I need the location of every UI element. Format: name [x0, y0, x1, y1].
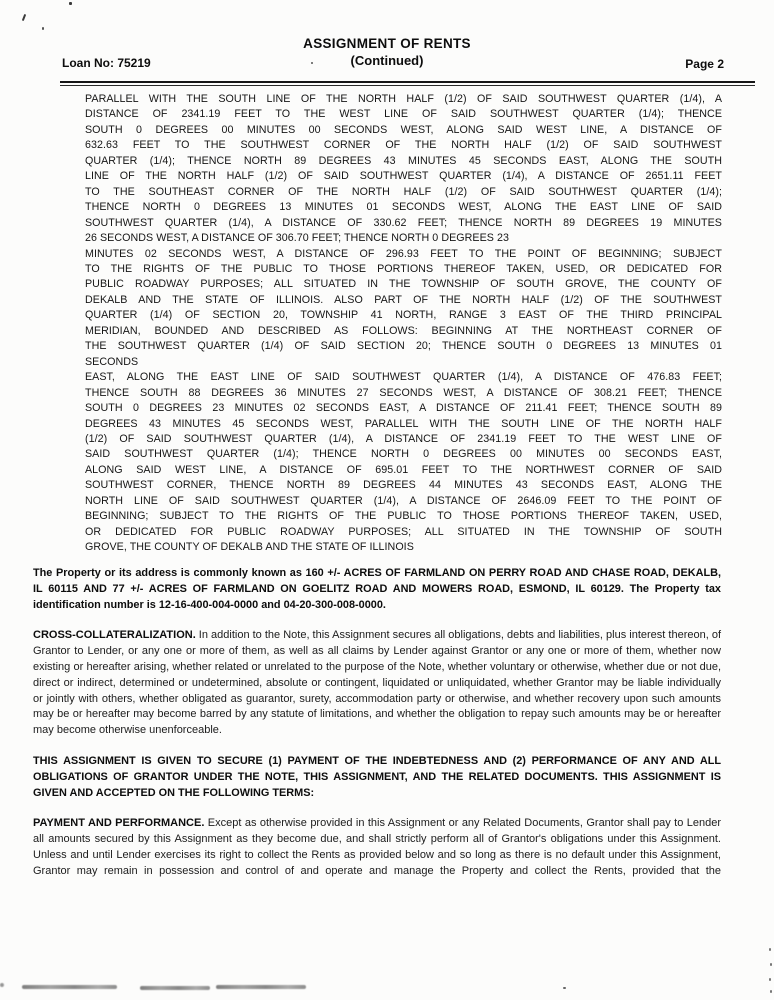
legal-line: TO THE SOUTHEAST CORNER OF THE NORTH HAL…	[85, 185, 722, 200]
legal-line: SOUTHWEST CORNER, THENCE NORTH 89 DEGREE…	[85, 478, 722, 493]
scan-artifact	[0, 983, 4, 987]
legal-line: PUBLIC ROADWAY PURPOSES; ALL SITUATED IN…	[85, 277, 722, 292]
paragraph-lead-bold: The Property or its address is commonly …	[33, 567, 721, 611]
scan-artifact	[770, 990, 772, 993]
legal-line: BEGINNING; SUBJECT TO THE RIGHTS OF THE …	[85, 509, 722, 524]
legal-line: DEKALB AND THE STATE OF ILLINOIS. ALSO P…	[85, 293, 722, 308]
scan-artifact	[140, 986, 210, 990]
body-text: The Property or its address is commonly …	[33, 566, 721, 880]
paragraph-text: In addition to the Note, this Assignment…	[33, 629, 721, 736]
assignment-given-to-secure-paragraph: THIS ASSIGNMENT IS GIVEN TO SECURE (1) P…	[33, 754, 721, 801]
legal-line: SOUTH 0 DEGREES 23 MINUTES 02 SECONDS EA…	[85, 401, 722, 416]
document-title: ASSIGNMENT OF RENTS	[0, 36, 774, 51]
legal-line: SOUTHWEST QUARTER (1/4), A DISTANCE OF 3…	[85, 216, 722, 231]
legal-line: THENCE NORTH 0 DEGREES 13 MINUTES 01 SEC…	[85, 200, 722, 215]
paragraph-lead-bold: PAYMENT AND PERFORMANCE.	[33, 817, 204, 829]
scan-artifact	[216, 985, 306, 989]
scan-artifact	[770, 963, 772, 966]
paragraph-lead-bold: THIS ASSIGNMENT IS GIVEN TO SECURE (1) P…	[33, 755, 721, 799]
legal-line: OR DEDICATED FOR PUBLIC ROADWAY PURPOSES…	[85, 525, 722, 540]
scan-speck	[69, 2, 72, 5]
legal-line: SOUTH 0 DEGREES 00 MINUTES 00 SECONDS WE…	[85, 123, 722, 138]
scan-artifact	[769, 948, 771, 951]
legal-line: SECONDS	[85, 355, 722, 370]
legal-line: MINUTES 02 SECONDS WEST, A DISTANCE OF 2…	[85, 247, 722, 262]
legal-line: THE SOUTHWEST QUARTER (1/4) OF SAID SECT…	[85, 339, 722, 354]
legal-line: MERIDIAN, BOUNDED AND DESCRIBED AS FOLLO…	[85, 324, 722, 339]
legal-line: QUARTER (1/4) OF SECTION 20, TOWNSHIP 41…	[85, 308, 722, 323]
legal-line: (1/2) OF SAID SOUTHWEST QUARTER (1/4), A…	[85, 432, 722, 447]
header-divider	[60, 81, 755, 86]
legal-line: NORTH LINE OF SAID SOUTHWEST QUARTER (1/…	[85, 494, 722, 509]
legal-line: EAST, ALONG THE EAST LINE OF SAID SOUTHW…	[85, 370, 722, 385]
legal-line: 26 SECONDS WEST, A DISTANCE OF 306.70 FE…	[85, 231, 722, 246]
paragraph-lead-bold: CROSS-COLLATERALIZATION.	[33, 629, 196, 641]
scan-artifact	[563, 987, 566, 989]
legal-line: DEGREES 43 MINUTES 45 SECONDS WEST, PARA…	[85, 417, 722, 432]
legal-description: PARALLEL WITH THE SOUTH LINE OF THE NORT…	[85, 92, 722, 556]
scan-artifact	[769, 978, 771, 981]
legal-line: THENCE SOUTH 88 DEGREES 36 MINUTES 27 SE…	[85, 386, 722, 401]
scan-speck	[42, 27, 44, 30]
legal-line: TO THE RIGHTS OF THE PUBLIC TO THOSE POR…	[85, 262, 722, 277]
document-subtitle: (Continued)	[0, 53, 774, 68]
property-address-paragraph: The Property or its address is commonly …	[33, 566, 721, 613]
legal-line: ALONG SAID WEST LINE, A DISTANCE OF 695.…	[85, 463, 722, 478]
legal-line: QUARTER (1/4); THENCE NORTH 89 DEGREES 4…	[85, 154, 722, 169]
scan-artifact	[22, 985, 117, 989]
legal-line: SAID SOUTHWEST QUARTER (1/4); THENCE NOR…	[85, 447, 722, 462]
legal-line: GROVE, THE COUNTY OF DEKALB AND THE STAT…	[85, 540, 722, 555]
payment-and-performance-paragraph: PAYMENT AND PERFORMANCE. Except as other…	[33, 816, 721, 879]
legal-line: DISTANCE OF 2341.19 FEET TO THE WEST LIN…	[85, 107, 722, 122]
scan-speck	[22, 14, 26, 21]
document-page: Loan No: 75219 ASSIGNMENT OF RENTS (Cont…	[0, 0, 774, 1000]
cross-collateralization-paragraph: CROSS-COLLATERALIZATION. In addition to …	[33, 628, 721, 739]
legal-line: PARALLEL WITH THE SOUTH LINE OF THE NORT…	[85, 92, 722, 107]
legal-line: 632.63 FEET TO THE SOUTHWEST CORNER OF T…	[85, 138, 722, 153]
scan-speck	[311, 62, 313, 64]
legal-line: LINE OF THE NORTH HALF (1/2) OF SAID SOU…	[85, 169, 722, 184]
page-number: Page 2	[685, 57, 724, 71]
